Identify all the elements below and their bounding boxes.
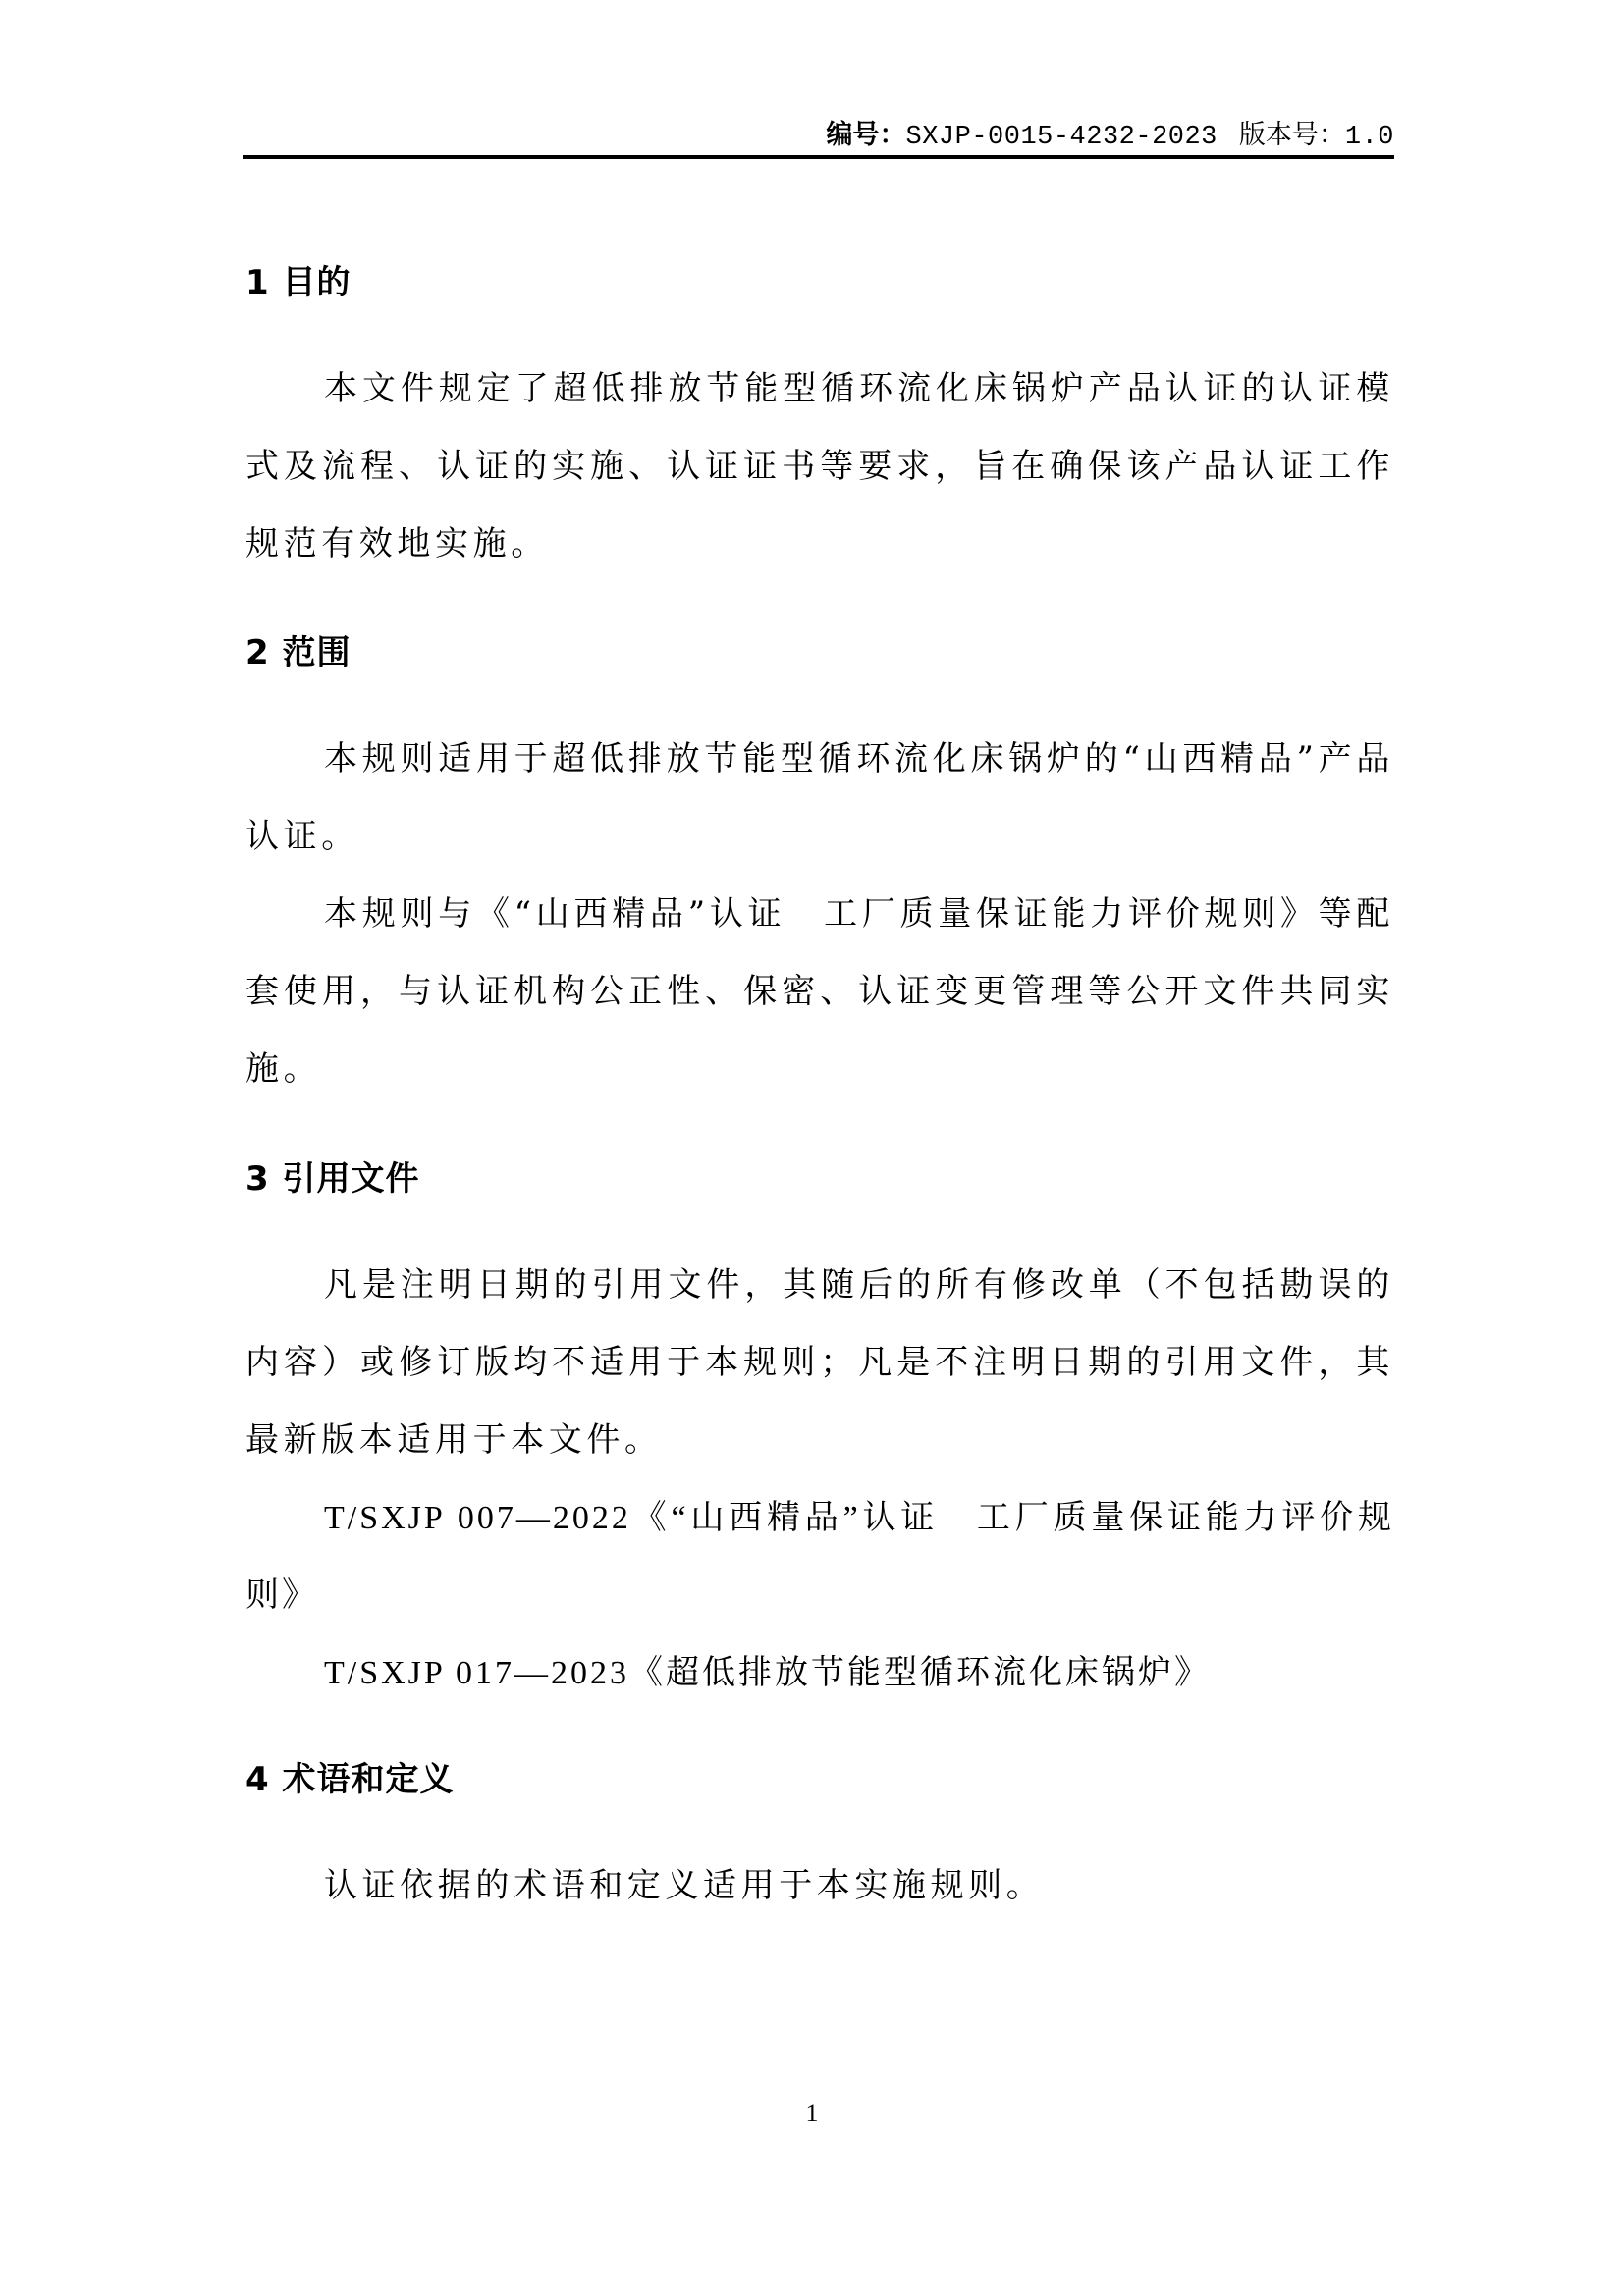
section-3-heading: 3 引用文件 bbox=[245, 1159, 1394, 1199]
section-3-paragraph-1: 凡是注明日期的引用文件，其随后的所有修改单（不包括勘误的内容）或修订版均不适用于… bbox=[245, 1247, 1394, 1479]
section-1-paragraph-1: 本文件规定了超低排放节能型循环流化床锅炉产品认证的认证模式及流程、认证的实施、认… bbox=[245, 350, 1394, 583]
header-divider bbox=[243, 155, 1394, 159]
section-1-heading: 1 目的 bbox=[245, 263, 1394, 302]
page-number: 1 bbox=[0, 2099, 1624, 2128]
section-4-paragraph-1: 认证依据的术语和定义适用于本实施规则。 bbox=[245, 1847, 1394, 1925]
version-label: 版本号： bbox=[1239, 120, 1345, 150]
document-header: 编号：SXJP-0015-4232-2023版本号：1.0 bbox=[243, 116, 1394, 155]
document-code-value: SXJP-0015-4232-2023 bbox=[906, 123, 1218, 152]
section-2-paragraph-1: 本规则适用于超低排放节能型循环流化床锅炉的“山西精品”产品认证。 bbox=[245, 721, 1394, 876]
version-value: 1.0 bbox=[1345, 123, 1394, 152]
document-code-label: 编号： bbox=[827, 120, 906, 150]
reference-item-2: T/SXJP 017—2023《超低排放节能型循环流化床锅炉》 bbox=[245, 1634, 1394, 1712]
reference-item-1: T/SXJP 007—2022《“山西精品”认证 工厂质量保证能力评价规则》 bbox=[245, 1479, 1394, 1634]
section-2-heading: 2 范围 bbox=[245, 633, 1394, 672]
section-2-paragraph-2: 本规则与《“山西精品”认证 工厂质量保证能力评价规则》等配套使用，与认证机构公正… bbox=[245, 876, 1394, 1108]
document-page: 编号：SXJP-0015-4232-2023版本号：1.0 1 目的 本文件规定… bbox=[0, 0, 1624, 2296]
section-4-heading: 4 术语和定义 bbox=[245, 1760, 1394, 1799]
